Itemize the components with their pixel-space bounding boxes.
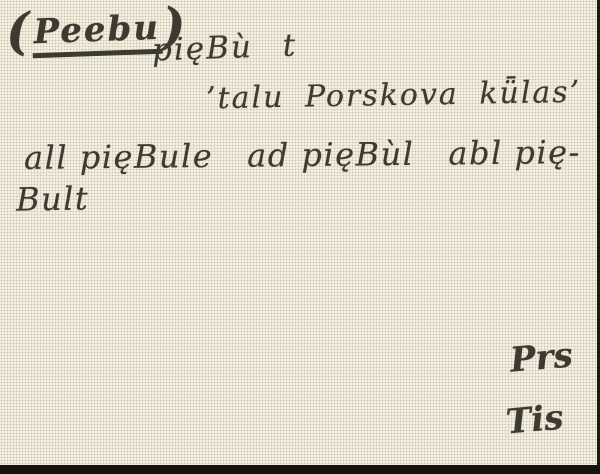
- gloss-line: ’talu Porskova kǖlas’: [206, 75, 582, 117]
- case-form: pię-: [514, 133, 581, 172]
- headword-open-paren: (: [6, 31, 32, 32]
- headword-close-paren: ): [162, 26, 188, 27]
- case-forms-continuation: Bult: [16, 179, 90, 218]
- collector-initials-tis: Tis: [504, 398, 565, 443]
- case-label: abl: [448, 134, 503, 173]
- index-card: (Peebu) pięBù t ’talu Porskova kǖlas’ al…: [0, 0, 600, 474]
- collector-initials-prs: Prs: [508, 335, 574, 380]
- pronunciation-line: pięBù t: [151, 27, 297, 68]
- case-segment: ad pięBùl: [247, 135, 415, 175]
- case-form: pięBule: [80, 137, 214, 176]
- headword-text: Peebu: [31, 8, 163, 59]
- case-label: ad: [247, 136, 290, 174]
- case-label: all: [24, 138, 68, 176]
- case-form: pięBùl: [301, 135, 414, 174]
- card-bottom-scan-edge: [0, 465, 600, 474]
- case-segment: all pięBule: [24, 137, 214, 177]
- case-forms-line: all pięBule ad pięBùl abl pię-: [24, 133, 581, 177]
- case-segment: abl pię-: [448, 133, 581, 172]
